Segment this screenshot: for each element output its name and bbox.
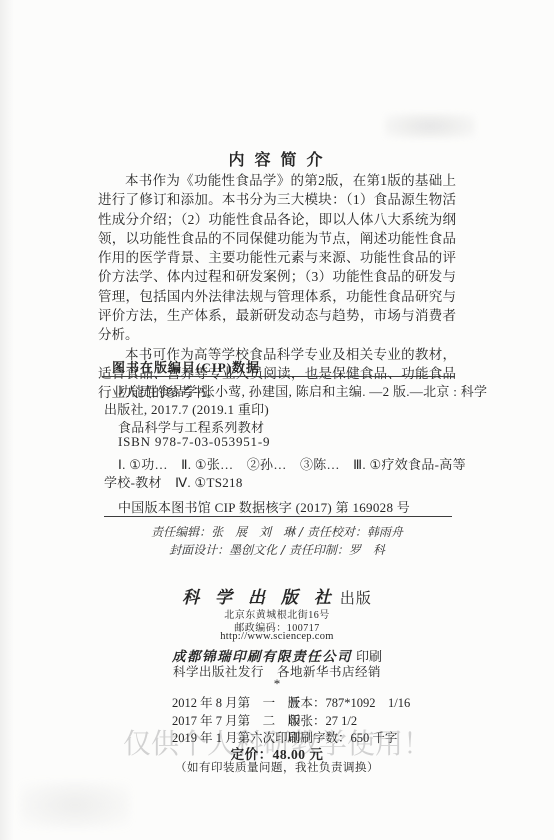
edition-date: 2012 年 8 月第 一 版 bbox=[172, 695, 288, 713]
summary-paragraph-1: 本书作为《功能性食品学》的第2版，在第1版的基础上进行了修订和添加。本书分为三大… bbox=[98, 171, 456, 345]
edition-row: 2012 年 8 月第 一 版 开本：787*1092 1/16 bbox=[172, 695, 410, 713]
isbn-line: ISBN 978-7-03-053951-9 bbox=[118, 434, 270, 450]
book-copyright-page: 仅供个人科研教学使用！ 内 容 简 介 本书作为《功能性食品学》的第2版，在第1… bbox=[0, 0, 554, 840]
quality-note-line: （如有印装质量问题，我社负责调换） bbox=[0, 759, 554, 775]
edition-row: 2017 年 7 月第 二 版 印张：27 1/2 bbox=[172, 713, 410, 731]
publisher-suffix: 出版 bbox=[340, 591, 372, 607]
cip-classification-line-1: Ⅰ. ①功… Ⅱ. ①张… ②孙… ③陈… Ⅲ. ①疗效食品-高等 bbox=[118, 454, 466, 473]
editor-credits-line: 责任编辑：张 展 刘 琳 / 责任校对：韩雨舟 bbox=[0, 523, 554, 540]
page-content: 内 容 简 介 本书作为《功能性食品学》的第2版，在第1版的基础上进行了修订和添… bbox=[0, 0, 554, 840]
publisher-line: 科 学 出 版 社 出版 bbox=[0, 583, 554, 608]
edition-format: 开本：787*1092 1/16 bbox=[288, 695, 410, 713]
publisher-url: http://www.sciencep.com bbox=[0, 631, 554, 642]
cip-classification-line-2: 学校-教材 Ⅳ. ①TS218 bbox=[104, 472, 243, 491]
publisher-name: 科 学 出 版 社 bbox=[182, 588, 336, 608]
cip-publisher-line: 出版社, 2017.7 (2019.1 重印) bbox=[104, 399, 269, 418]
cip-record-number: 中国版本图书馆 CIP 数据核字 (2017) 第 169028 号 bbox=[118, 497, 410, 516]
edition-table: 2012 年 8 月第 一 版 开本：787*1092 1/16 2017 年 … bbox=[172, 695, 410, 748]
edition-sheets: 印张：27 1/2 bbox=[288, 713, 357, 731]
edition-date: 2017 年 7 月第 二 版 bbox=[172, 713, 288, 731]
design-credits-line: 封面设计：墨创文化 / 责任印制：罗 科 bbox=[0, 541, 554, 558]
cip-divider-bottom bbox=[104, 516, 452, 517]
separator-asterisk: * bbox=[0, 676, 554, 692]
cip-divider-top bbox=[102, 376, 455, 377]
content-summary-title: 内 容 简 介 bbox=[0, 147, 554, 170]
cip-header: 图书在版编目(CIP)数据 bbox=[112, 357, 260, 376]
cip-title-line: 功能性食品学/张小莺, 孙建国, 陈启和主编. —2 版.—北京 : 科学 bbox=[118, 381, 487, 400]
